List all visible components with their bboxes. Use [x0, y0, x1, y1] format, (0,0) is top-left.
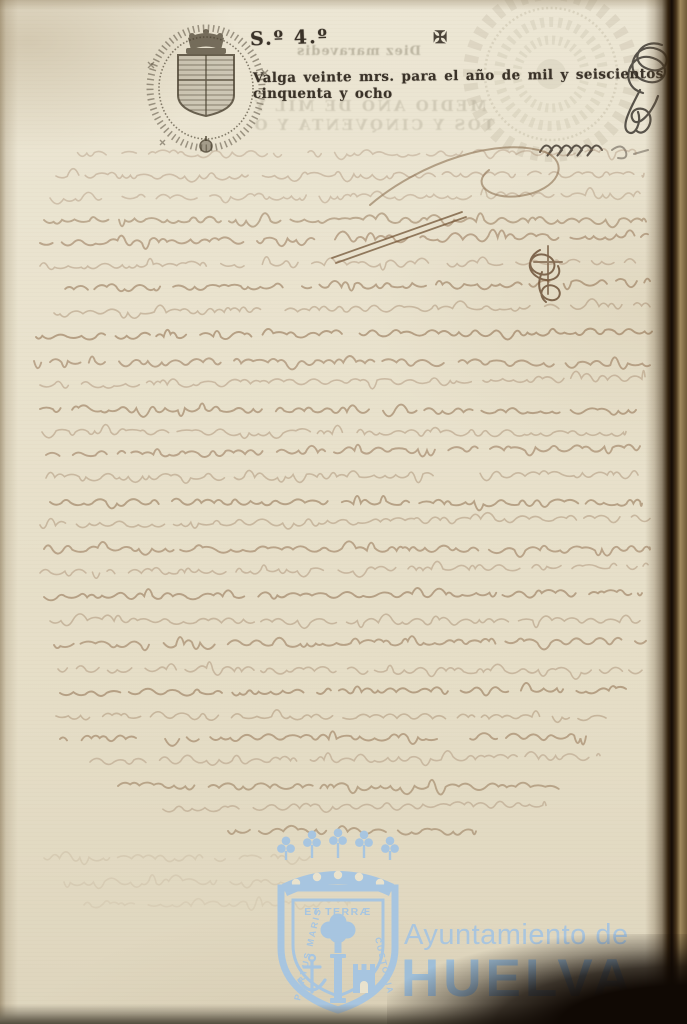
manuscript-line: [34, 356, 650, 369]
manuscript-line: [60, 731, 586, 746]
manuscript-line: [46, 445, 640, 457]
manuscript-line: [65, 279, 650, 292]
manuscript-line: [50, 614, 640, 628]
manuscript-line: [56, 710, 606, 722]
manuscript-line: [44, 213, 646, 227]
manuscript-line: [228, 826, 476, 835]
bleedthrough-small-text: Diez maravedis: [296, 44, 421, 59]
scanned-page: ET TERRÆ PORTUS MARIS: [0, 0, 687, 1024]
manuscript-line: [163, 801, 546, 812]
slash-doodle: [332, 212, 466, 263]
corner-shadow: [387, 934, 687, 1024]
manuscript-line: [50, 188, 640, 204]
manuscript-text-lines: [34, 149, 652, 910]
manuscript-line: [40, 403, 636, 417]
bleedthrough-caps-line-1: MEDIO AÑO DE MIL Y: [252, 97, 487, 115]
column: [330, 954, 346, 1003]
manuscript-line: [40, 371, 645, 389]
manuscript-line: [60, 683, 626, 696]
maltese-cross-icon: ✠: [433, 28, 447, 48]
manuscript-line: [56, 169, 644, 182]
manuscript-line: [54, 299, 650, 318]
manuscript-line: [118, 780, 566, 795]
manuscript-line: [36, 329, 652, 340]
manuscript-line: [44, 541, 650, 557]
huelva-coat-of-arms: ET TERRÆ PORTUS MARIS: [277, 829, 399, 1011]
pen-trial-loops: [540, 145, 648, 158]
manuscript-line: [54, 636, 646, 650]
manuscript-line: [58, 662, 642, 679]
bleedthrough-caps-line-2: TOS Y CINQVENTA Y O: [252, 116, 494, 134]
manuscript-line: [44, 588, 642, 600]
manuscript-line: [40, 230, 648, 249]
manuscript-line: [50, 496, 642, 510]
tower-icon: [353, 964, 375, 993]
tree: [321, 914, 356, 954]
manuscript-line: [40, 513, 650, 529]
artwork-layer: ET TERRÆ PORTUS MARIS: [0, 0, 687, 1024]
ink-monogram-doodle: [530, 246, 562, 302]
manuscript-line: [40, 561, 648, 578]
manuscript-line: [42, 425, 626, 439]
manuscript-line: [46, 470, 638, 483]
book-binding-edge: [645, 0, 687, 1024]
manuscript-line: [90, 751, 600, 766]
manuscript-line: [44, 852, 310, 865]
